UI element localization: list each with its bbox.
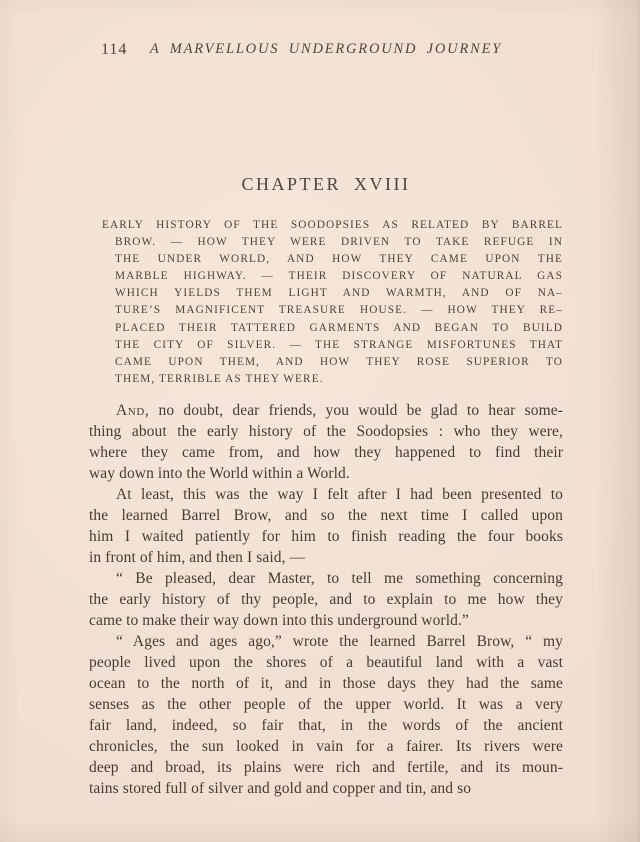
summary-line: TURE’S MAGNIFICENT TREASURE HOUSE. — HOW… — [115, 302, 563, 319]
summary-line: THE CITY OF SILVER. — THE STRANGE MISFOR… — [115, 337, 563, 354]
text-line: senses as the other people of the upper … — [89, 694, 563, 715]
chapter-summary: EARLY HISTORY OF THE SOODOPSIES AS RELAT… — [89, 217, 563, 388]
summary-line: THE UNDER WORLD, AND HOW THEY CAME UPON … — [115, 251, 563, 268]
text-line: the learned Barrel Brow, and so the next… — [89, 505, 563, 526]
paragraph: “ Be pleased, dear Master, to tell me so… — [89, 568, 563, 631]
text-line: “ Ages and ages ago,” wrote the learned … — [89, 631, 563, 652]
paragraph: “ Ages and ages ago,” wrote the learned … — [89, 631, 563, 799]
text-line: thing about the early history of the Soo… — [89, 421, 563, 442]
page-header: 114 A MARVELLOUS UNDERGROUND JOURNEY — [89, 41, 563, 61]
text-line: tains stored full of silver and gold and… — [89, 778, 563, 799]
summary-line: THEM, TERRIBLE AS THEY WERE. — [115, 371, 563, 388]
book-page: 114 A MARVELLOUS UNDERGROUND JOURNEY CHA… — [0, 0, 640, 842]
text-line: And, no doubt, dear friends, you would b… — [89, 400, 563, 421]
body-text: And, no doubt, dear friends, you would b… — [89, 400, 563, 799]
paragraph: At least, this was the way I felt after … — [89, 484, 563, 568]
summary-line: PLACED THEIR TATTERED GARMENTS AND BEGAN… — [115, 320, 563, 337]
text-line: ocean to the north of it, and in those d… — [89, 673, 563, 694]
text-line: way down into the World within a World. — [89, 463, 563, 484]
text-line: him I waited patiently for him to finish… — [89, 526, 563, 547]
text-line: chronicles, the sun looked in vain for a… — [89, 736, 563, 757]
text-line: fair land, indeed, so fair that, in the … — [89, 715, 563, 736]
running-title: A MARVELLOUS UNDERGROUND JOURNEY — [89, 41, 563, 58]
page-number: 114 — [101, 41, 127, 59]
summary-line: EARLY HISTORY OF THE SOODOPSIES AS RELAT… — [102, 217, 563, 234]
text-line: “ Be pleased, dear Master, to tell me so… — [89, 568, 563, 589]
smallcaps-lead: And, — [116, 402, 149, 419]
paragraph: And, no doubt, dear friends, you would b… — [89, 400, 563, 484]
summary-line: MARBLE HIGHWAY. — THEIR DISCOVERY OF NAT… — [115, 268, 563, 285]
chapter-heading: CHAPTER XVIII — [89, 174, 563, 195]
text-line: the early history of thy people, and to … — [89, 589, 563, 610]
text-line: deep and broad, its plains were rich and… — [89, 757, 563, 778]
summary-line: CAME UPON THEM, AND HOW THEY ROSE SUPERI… — [115, 354, 563, 371]
summary-line: WHICH YIELDS THEM LIGHT AND WARMTH, AND … — [115, 285, 563, 302]
text-line: came to make their way down into this un… — [89, 610, 563, 631]
text-line: in front of him, and then I said, — — [89, 547, 563, 568]
text-line: At least, this was the way I felt after … — [89, 484, 563, 505]
text-line: people lived upon the shores of a beauti… — [89, 652, 563, 673]
summary-line: BROW. — HOW THEY WERE DRIVEN TO TAKE REF… — [115, 234, 563, 251]
text-line: where they came from, and how they happe… — [89, 442, 563, 463]
